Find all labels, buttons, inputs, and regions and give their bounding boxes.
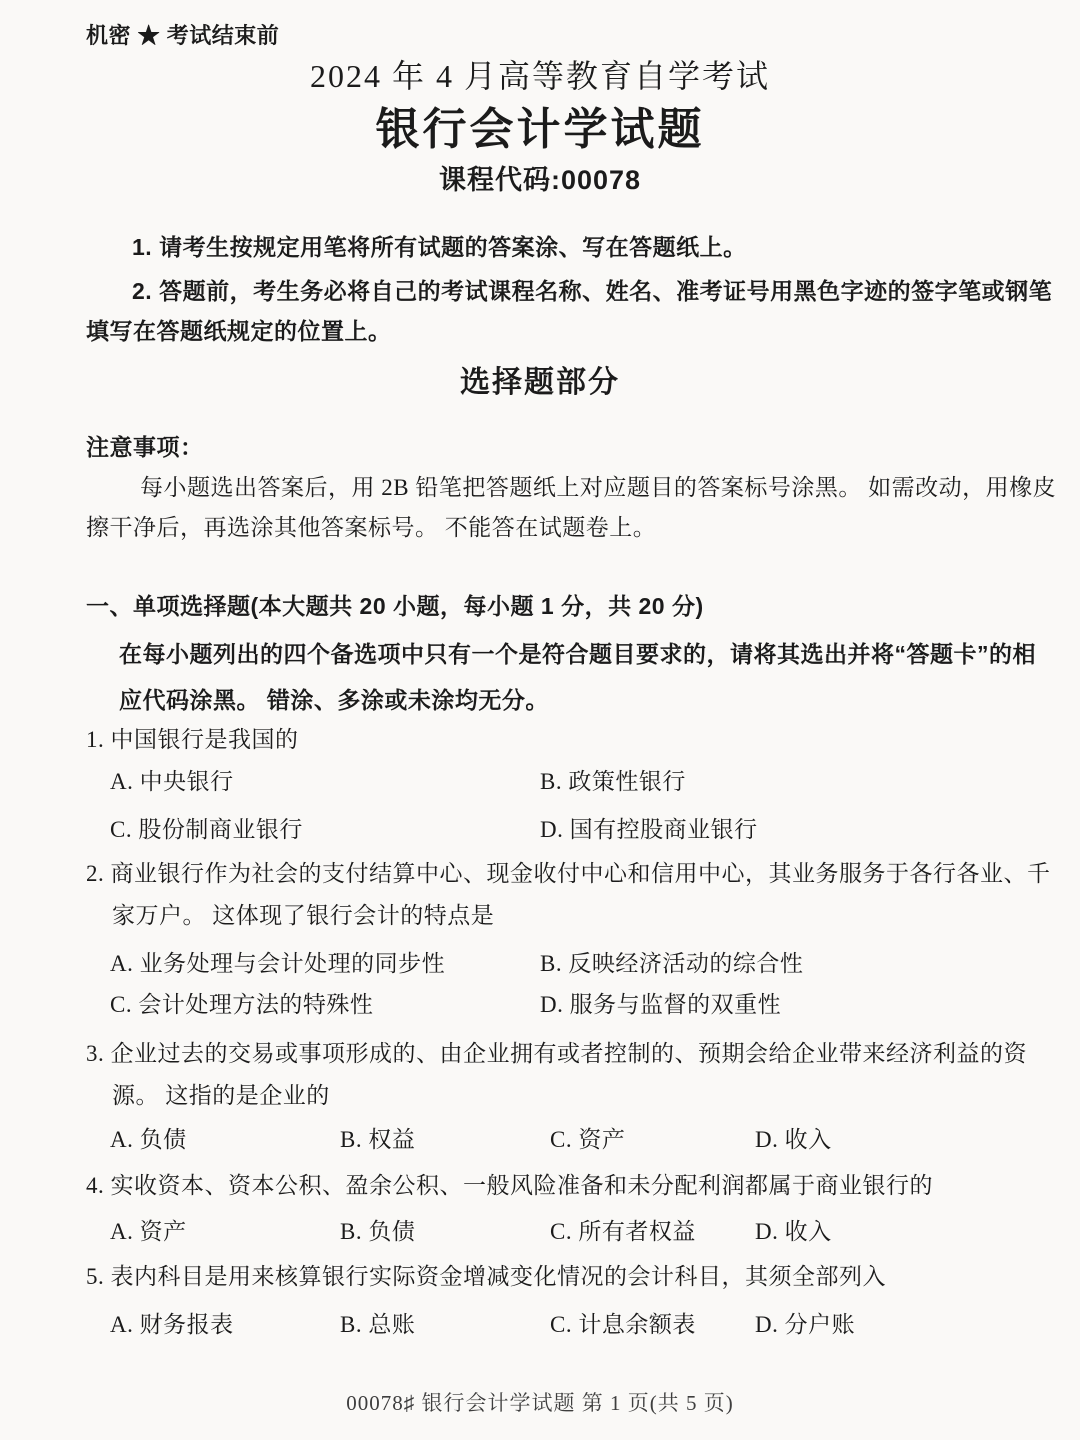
notes-line-1: 每小题选出答案后，用 2B 铅笔把答题纸上对应题目的答案标号涂黑。 如需改动，用… [140, 474, 1056, 503]
option-2d: D. 服务与监督的双重性 [540, 991, 970, 1020]
notes-line-2: 擦干净后，再选涂其他答案标号。 不能答在试题卷上。 [86, 514, 656, 543]
part-title: 选择题部分 [0, 364, 1080, 402]
option-5b: B. 总账 [340, 1311, 550, 1340]
exam-title: 银行会计学试题 [0, 102, 1080, 157]
confidential-label: 机密 [86, 23, 131, 48]
question-5-stem: 5. 表内科目是用来核算银行实际资金增减变化情况的会计科目，其须全部列入 [86, 1263, 886, 1292]
exam-paper-page: 机密 ★ 考试结束前 2024 年 4 月高等教育自学考试 银行会计学试题 课程… [0, 0, 1080, 1440]
question-1-options-row-1: A. 中央银行 B. 政策性银行 [110, 768, 970, 797]
question-3-stem-line2: 源。 这指的是企业的 [112, 1082, 330, 1111]
option-2b: B. 反映经济活动的综合性 [540, 950, 970, 979]
section1-note-line2: 应代码涂黑。 错涂、多涂或未涂均无分。 [119, 686, 549, 715]
option-4c: C. 所有者权益 [550, 1218, 755, 1247]
exam-session-title: 2024 年 4 月高等教育自学考试 [0, 56, 1080, 96]
option-4d: D. 收入 [755, 1218, 832, 1247]
question-1-options-row-2: C. 股份制商业银行 D. 国有控股商业银行 [110, 816, 970, 845]
option-1c: C. 股份制商业银行 [110, 816, 540, 845]
question-5-options-row: A. 财务报表 B. 总账 C. 计息余额表 D. 分户账 [110, 1311, 855, 1340]
option-5d: D. 分户账 [755, 1311, 855, 1340]
question-4-options-row: A. 资产 B. 负债 C. 所有者权益 D. 收入 [110, 1218, 832, 1247]
section1-note-line1: 在每小题列出的四个备选项中只有一个是符合题目要求的，请将其选出并将“答题卡”的相 [119, 640, 1036, 669]
question-1-stem: 1. 中国银行是我国的 [86, 726, 299, 755]
option-1a: A. 中央银行 [110, 768, 540, 797]
question-2-options-row-1: A. 业务处理与会计处理的同步性 B. 反映经济活动的综合性 [110, 950, 970, 979]
option-3b: B. 权益 [340, 1126, 550, 1155]
option-4b: B. 负债 [340, 1218, 550, 1247]
option-3d: D. 收入 [755, 1126, 832, 1155]
option-2c: C. 会计处理方法的特殊性 [110, 991, 540, 1020]
instruction-2-line1: 2. 答题前，考生务必将自己的考试课程名称、姓名、准考证号用黑色字迹的签字笔或钢… [132, 277, 1052, 306]
question-3-options-row: A. 负债 B. 权益 C. 资产 D. 收入 [110, 1126, 832, 1155]
option-5c: C. 计息余额表 [550, 1311, 755, 1340]
option-5a: A. 财务报表 [110, 1311, 340, 1340]
section1-heading: 一、单项选择题(本大题共 20 小题，每小题 1 分，共 20 分) [86, 592, 704, 621]
course-code: 课程代码:00078 [0, 164, 1080, 198]
instruction-1: 1. 请考生按规定用笔将所有试题的答案涂、写在答题纸上。 [132, 233, 747, 262]
question-3-stem-line1: 3. 企业过去的交易或事项形成的、由企业拥有或者控制的、预期会给企业带来经济利益… [86, 1040, 1027, 1069]
option-1d: D. 国有控股商业银行 [540, 816, 970, 845]
confidential-deadline: 考试结束前 [167, 23, 280, 48]
question-4-stem: 4. 实收资本、资本公积、盈余公积、一般风险准备和未分配利润都属于商业银行的 [86, 1172, 933, 1201]
option-3a: A. 负债 [110, 1126, 340, 1155]
confidential-marking: 机密 ★ 考试结束前 [86, 22, 279, 50]
question-2-options-row-2: C. 会计处理方法的特殊性 D. 服务与监督的双重性 [110, 991, 970, 1020]
option-1b: B. 政策性银行 [540, 768, 970, 797]
question-2-stem-line1: 2. 商业银行作为社会的支付结算中心、现金收付中心和信用中心，其业务服务于各行各… [86, 860, 1051, 889]
page-footer: 00078♯ 银行会计学试题 第 1 页(共 5 页) [0, 1390, 1080, 1416]
star-icon: ★ [138, 23, 161, 48]
question-2-stem-line2: 家万户。 这体现了银行会计的特点是 [112, 902, 494, 931]
option-2a: A. 业务处理与会计处理的同步性 [110, 950, 540, 979]
notes-heading: 注意事项： [86, 433, 204, 462]
option-3c: C. 资产 [550, 1126, 755, 1155]
instruction-2-line2: 填写在答题纸规定的位置上。 [86, 317, 392, 346]
option-4a: A. 资产 [110, 1218, 340, 1247]
